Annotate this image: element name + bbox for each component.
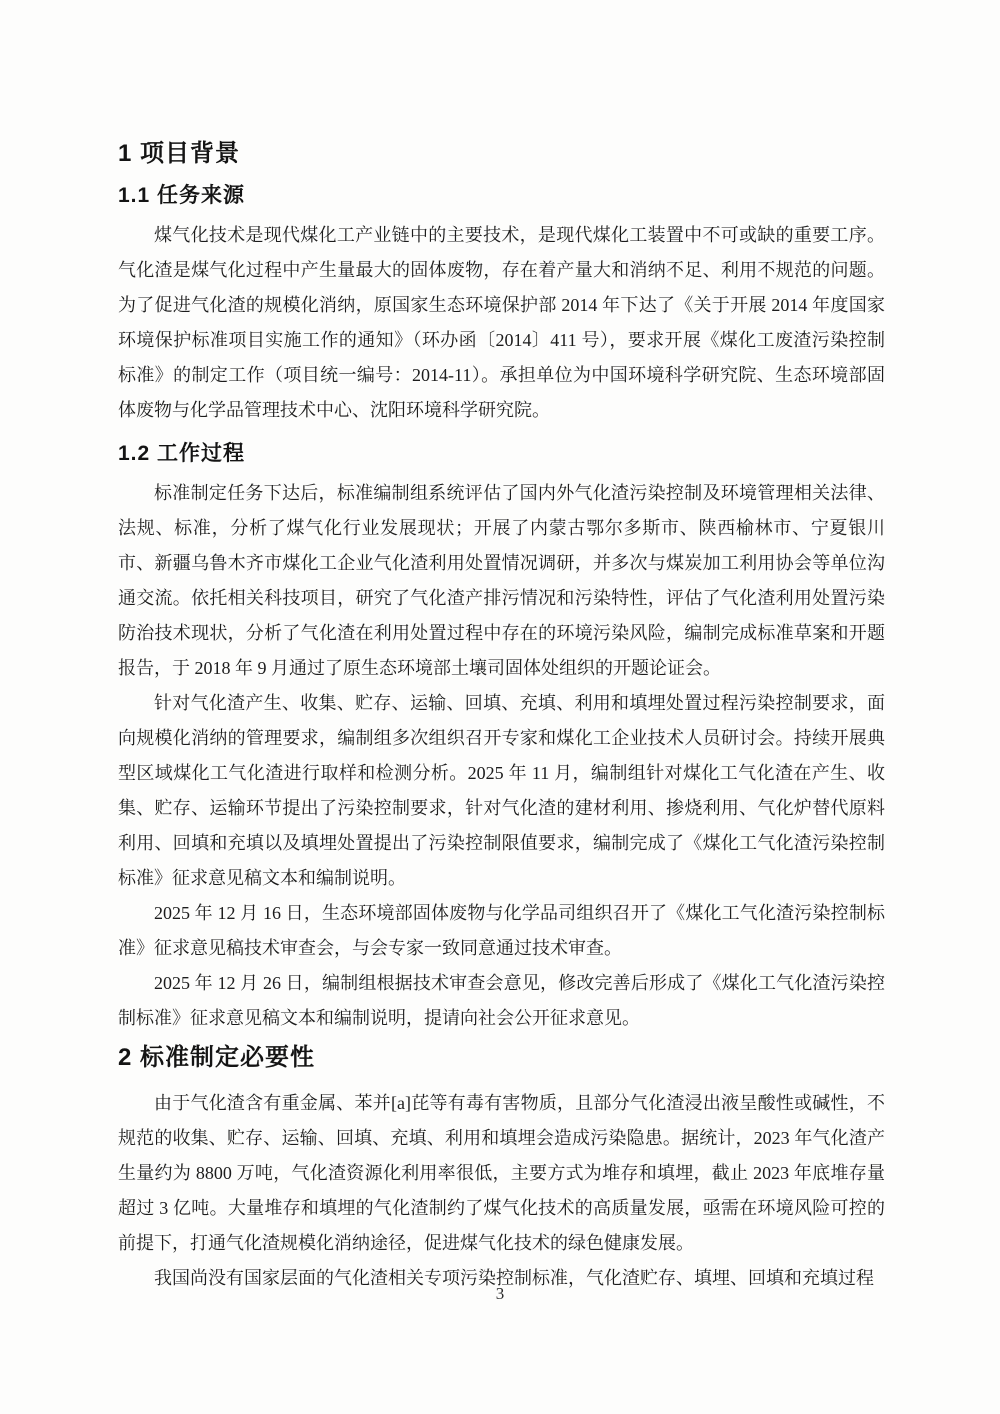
paragraph-necessity-1: 由于气化渣含有重金属、苯并[a]芘等有毒有害物质，且部分气化渣浸出液呈酸性或碱性… — [118, 1086, 885, 1261]
paragraph-task-source: 煤气化技术是现代煤化工产业链中的主要技术，是现代煤化工装置中不可或缺的重要工序。… — [118, 218, 885, 428]
subsection-heading-work-process: 1.2 工作过程 — [118, 440, 885, 468]
document-page: 1 项目背景 1.1 任务来源 煤气化技术是现代煤化工产业链中的主要技术，是现代… — [0, 0, 1000, 1414]
section-heading-project-background: 1 项目背景 — [118, 138, 885, 170]
paragraph-work-process-1: 标准制定任务下达后，标准编制组系统评估了国内外气化渣污染控制及环境管理相关法律、… — [118, 476, 885, 686]
section-heading-necessity: 2 标准制定必要性 — [118, 1042, 885, 1074]
subsection-heading-task-source: 1.1 任务来源 — [118, 182, 885, 210]
paragraph-work-process-3: 2025 年 12 月 16 日，生态环境部固体废物与化学品司组织召开了《煤化工… — [118, 896, 885, 966]
paragraph-work-process-2: 针对气化渣产生、收集、贮存、运输、回填、充填、利用和填埋处置过程污染控制要求，面… — [118, 686, 885, 896]
document-body: 1 项目背景 1.1 任务来源 煤气化技术是现代煤化工产业链中的主要技术，是现代… — [0, 0, 1000, 1296]
paragraph-work-process-4: 2025 年 12 月 26 日，编制组根据技术审查会意见，修改完善后形成了《煤… — [118, 966, 885, 1036]
page-number: 3 — [0, 1284, 1000, 1304]
